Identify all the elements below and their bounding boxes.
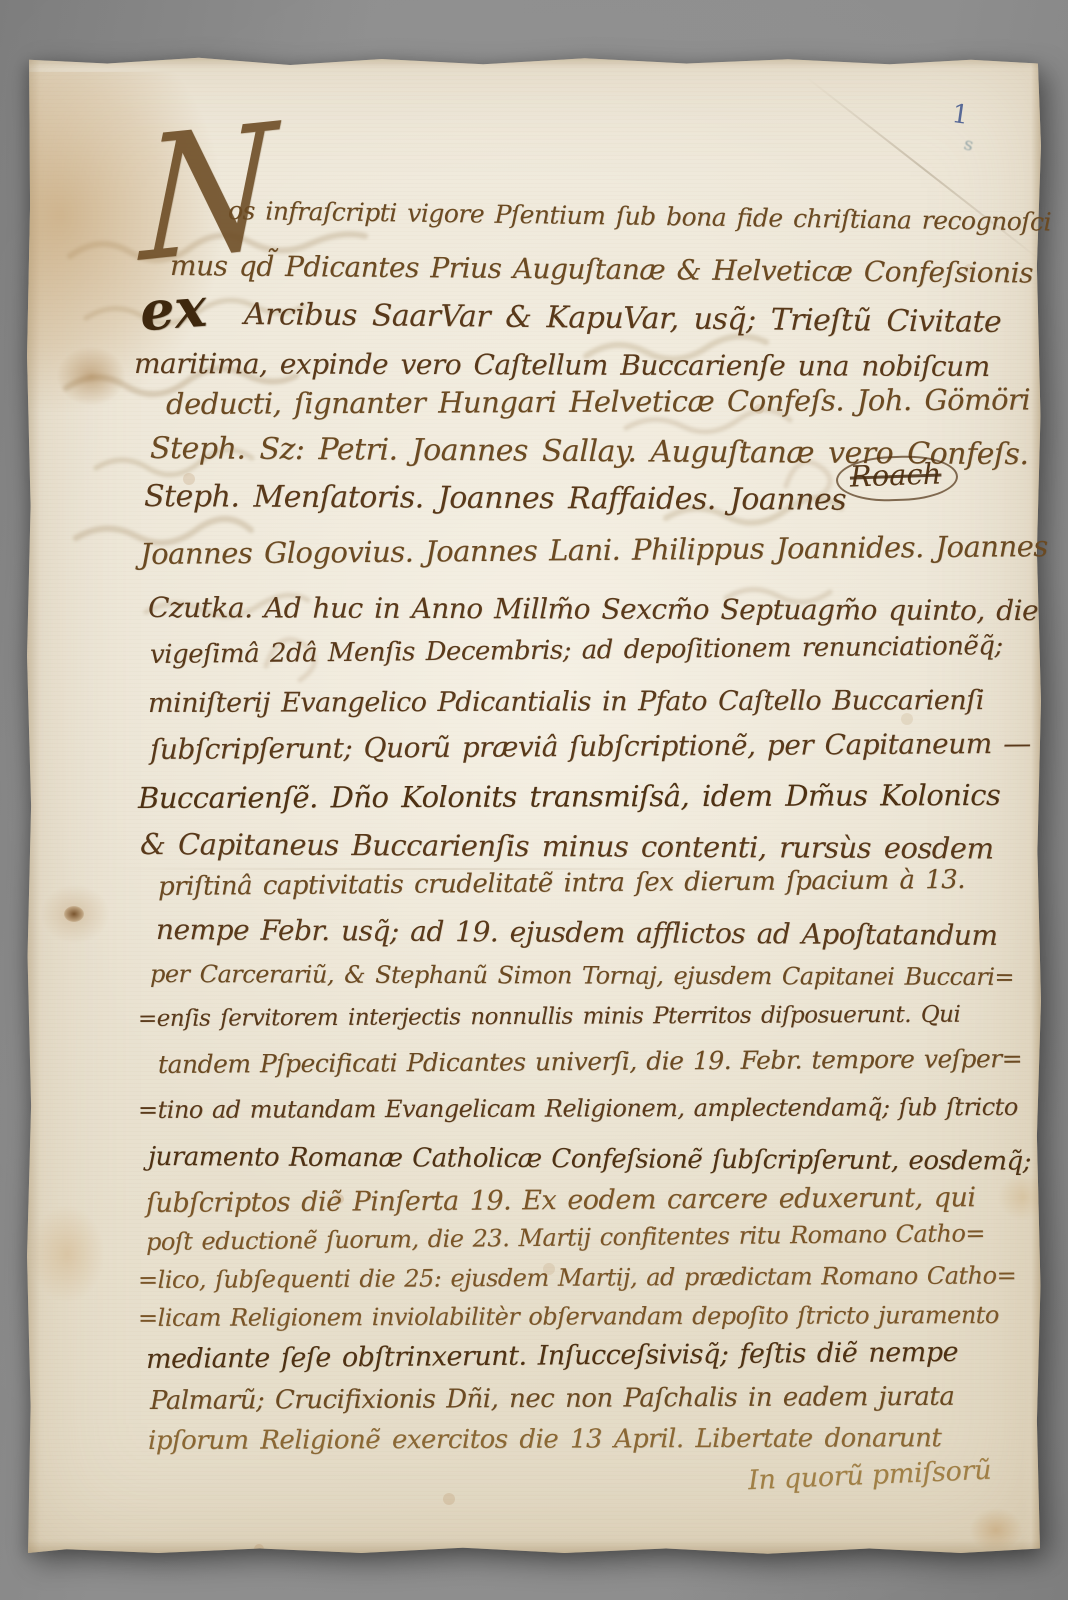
left-edge-stain-halo bbox=[40, 884, 110, 944]
deckle-edge-bottom bbox=[26, 1540, 1042, 1556]
foxing-spots bbox=[26, 56, 32, 62]
bleedthrough-texture bbox=[26, 56, 1042, 1556]
deckle-edge-top bbox=[26, 56, 1042, 68]
left-edge-ink-spot bbox=[64, 906, 84, 922]
horizontal-crease bbox=[106, 868, 746, 870]
corner-stain-dark-patch bbox=[56, 346, 126, 406]
deckle-edge-right bbox=[1022, 56, 1042, 1556]
manuscript-page bbox=[26, 56, 1042, 1556]
right-mid-stain bbox=[998, 1174, 1050, 1220]
bottom-right-stain bbox=[970, 1508, 1022, 1552]
diagonal-crease bbox=[805, 76, 1043, 262]
photograph-background: N ex os infraſcripti vigore Pſentium ſub… bbox=[0, 0, 1068, 1600]
deckle-edge-left bbox=[26, 56, 40, 1556]
corner-stain bbox=[0, 72, 222, 412]
paper-shadow-wrap bbox=[0, 0, 1068, 1600]
lower-left-stain bbox=[30, 1206, 104, 1302]
